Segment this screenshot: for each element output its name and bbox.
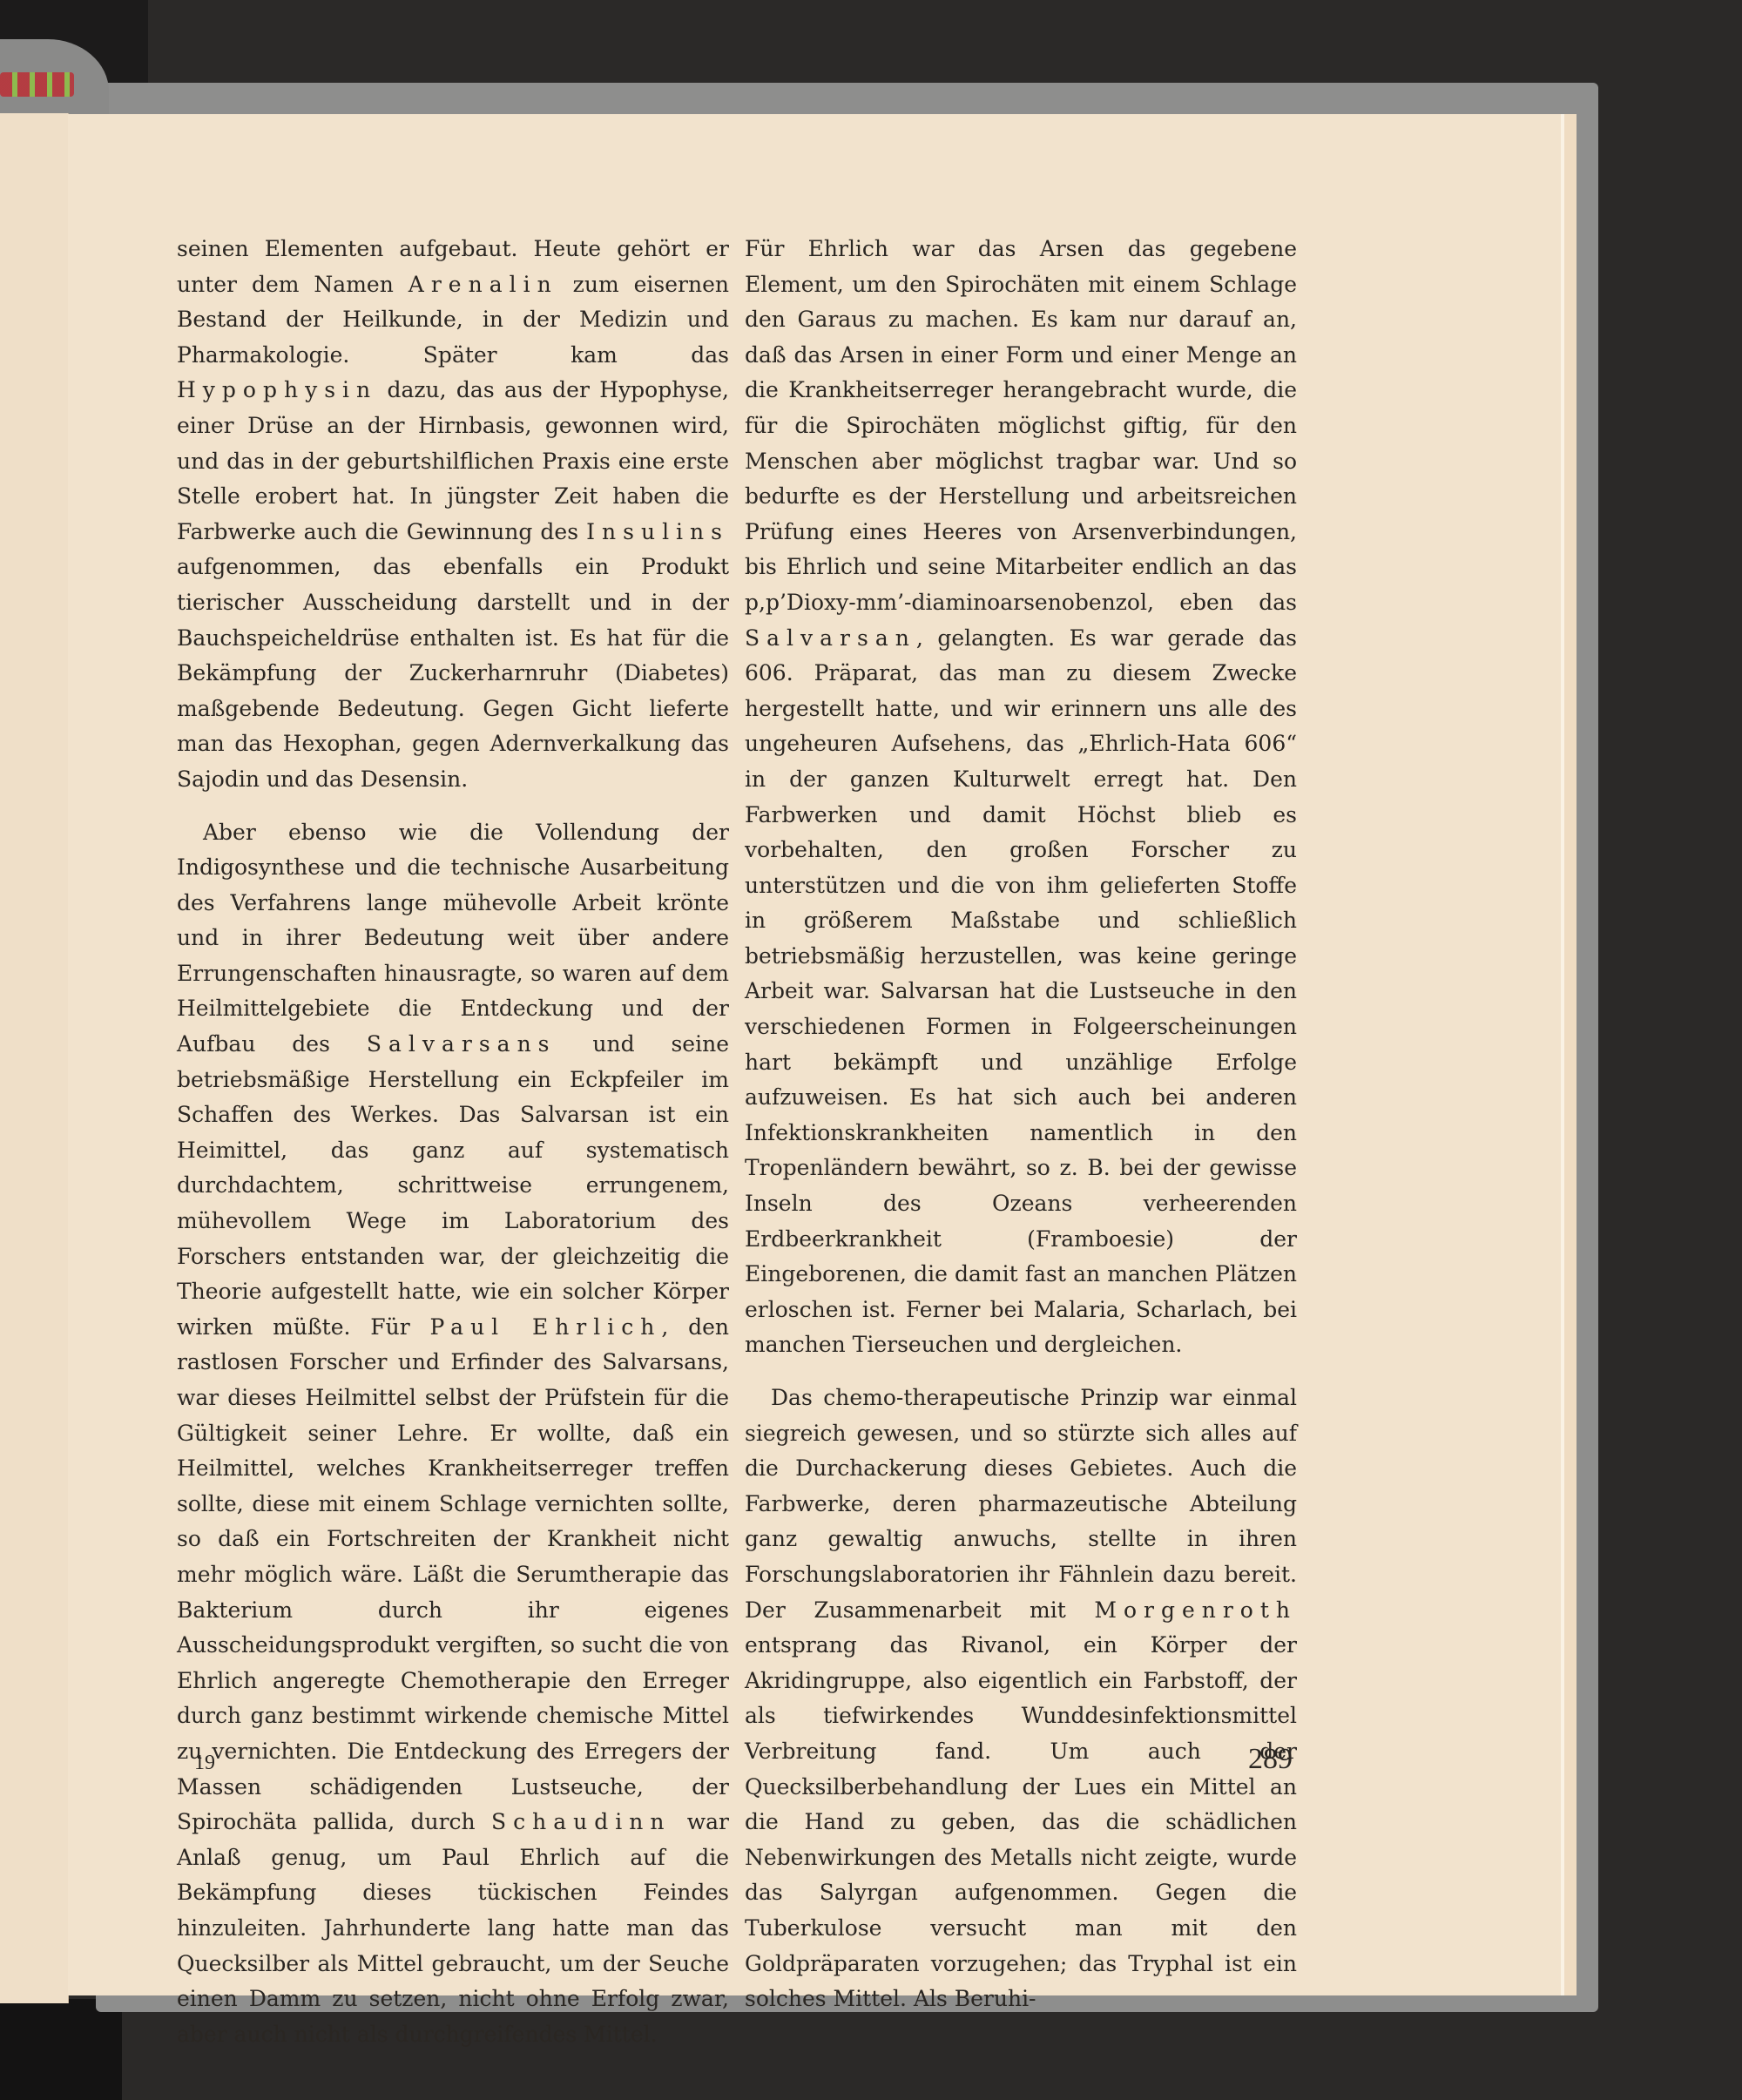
book-page: seinen Elementen aufgebaut. Heute gehört… <box>68 114 1577 1995</box>
book-headband <box>0 72 74 97</box>
paragraph: seinen Elementen aufgebaut. Heute gehört… <box>177 232 729 798</box>
text-segment: aufgenommen, das ebenfalls ein Produkt t… <box>177 554 729 792</box>
text-segment: und seine betriebsmäßige Herstellung ein… <box>177 1031 729 1340</box>
background-dark-bottom-left <box>0 1999 122 2100</box>
text-segment: , den rastlosen Forscher und Erfinder de… <box>177 1314 729 1834</box>
text-segment: Für Ehrlich war das Arsen das gegebene E… <box>745 236 1297 615</box>
emphasized-name: Morgenroth <box>1094 1597 1297 1623</box>
emphasized-name: Insulins <box>586 519 729 544</box>
previous-page-edge <box>0 113 69 2003</box>
signature-mark: 19 <box>194 1752 215 1775</box>
paragraph: Für Ehrlich war das Arsen das gegebene E… <box>745 232 1297 1363</box>
text-column-left: seinen Elementen aufgebaut. Heute gehört… <box>177 232 729 2052</box>
page-number: 289 <box>1248 1743 1293 1776</box>
emphasized-name: Salvarsans <box>367 1031 557 1057</box>
emphasized-name: Salvarsan <box>745 625 916 651</box>
text-segment: entsprang das Rivanol, ein Körper der Ak… <box>745 1632 1297 2011</box>
emphasized-name: Hypophysin <box>177 377 377 402</box>
text-segment: , gelangten. Es war gerade das 606. Präp… <box>745 625 1297 1358</box>
paragraph: Aber ebenso wie die Vollendung der Indig… <box>177 815 729 2053</box>
text-segment: Aber ebenso wie die Vollendung der Indig… <box>177 820 729 1057</box>
emphasized-name: Paul Ehrlich <box>429 1314 661 1340</box>
emphasized-name: Schaudinn <box>491 1809 671 1834</box>
paragraph: Das chemo-therapeutische Prinzip war ein… <box>745 1381 1297 2017</box>
text-segment: Das chemo-therapeutische Prinzip war ein… <box>745 1385 1297 1623</box>
text-column-right: Für Ehrlich war das Arsen das gegebene E… <box>745 232 1297 2017</box>
emphasized-name: Arenalin <box>408 272 558 297</box>
text-segment: war Anlaß genug, um Paul Ehrlich auf die… <box>177 1809 729 2047</box>
